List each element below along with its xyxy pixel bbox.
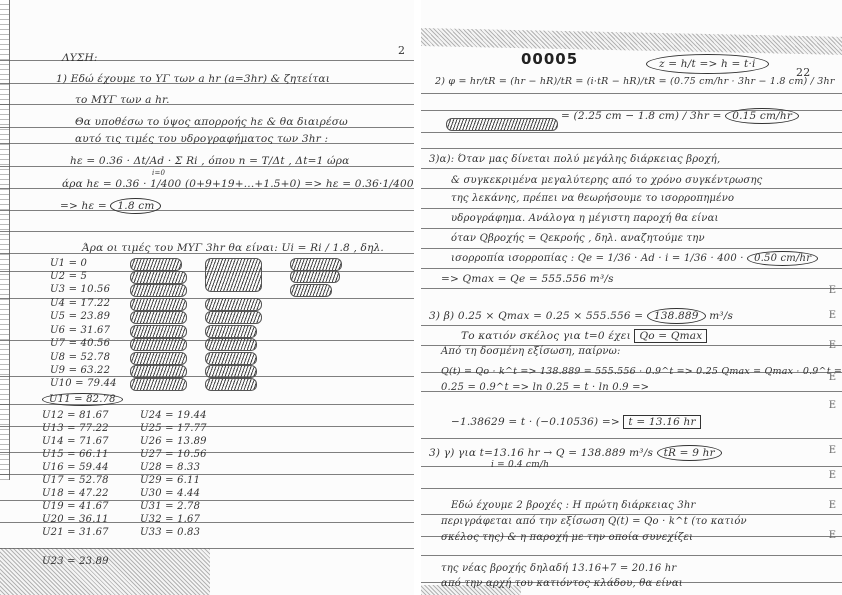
section-3b-line: 0.25 = 0.9^t => ln 0.25 = t · ln 0.9 => xyxy=(441,382,649,393)
formula-he: hε = 0.36 · Δt/Ad · Σ Ri , όπου n = T/Δt… xyxy=(70,155,349,167)
u-value-item: U25 = 17.77 xyxy=(140,423,207,434)
u-value-item: U32 = 1.67 xyxy=(140,514,200,525)
section-3a-line: 3)α): Όταν μας δίνεται πολύ μεγάλης διάρ… xyxy=(429,154,720,165)
section-3c-line: i = 0.4 cm/h xyxy=(491,460,549,470)
u-value-item: U23 = 23.89 xyxy=(42,556,109,567)
section-3b-label: 3) β) 0.25 × Qmax = 0.25 × 555.556 = xyxy=(429,310,647,322)
edge-mark: E xyxy=(829,340,836,351)
document-stamp-number: 00005 xyxy=(521,50,578,68)
section-3b-line: Q(t) = Qo · k^t => 138.889 = 555.556 · 0… xyxy=(441,366,842,377)
edge-mark: E xyxy=(829,445,836,456)
section-3b-line: −1.38629 = t · (−0.10536) => t = 13.16 h… xyxy=(451,416,701,428)
section-3c-text: 3) γ) για t=13.16 hr → Q = 138.889 m³/s xyxy=(429,447,653,459)
circled-phi-value: 0.15 cm/hr xyxy=(725,108,799,124)
heading: ΛΥΣΗ: xyxy=(62,52,98,64)
u-value-item: U28 = 8.33 xyxy=(140,462,200,473)
u-value-item: U20 = 36.11 xyxy=(42,514,109,525)
u-value-item: U17 = 52.78 xyxy=(42,475,109,486)
edge-mark: E xyxy=(829,400,836,411)
section-3c-line: της νέας βροχής δηλαδή 13.16+7 = 20.16 h… xyxy=(441,563,676,574)
boxed-t-result: t = 13.16 hr xyxy=(623,415,700,429)
circled-note: z = h/t => h = t·i xyxy=(646,54,769,74)
u-value-item: U5 = 23.89 xyxy=(50,311,110,322)
section-3c-line: σκέλος της) & η παροχή με την οποία συνε… xyxy=(441,532,693,543)
section-2-result: = (2.25 cm − 1.8 cm) / 3hr = 0.15 cm/hr xyxy=(561,110,799,122)
edge-mark: E xyxy=(829,470,836,481)
u-value-item: U8 = 52.78 xyxy=(50,352,110,363)
u-value-item: U6 = 31.67 xyxy=(50,325,110,336)
binding-margin xyxy=(0,0,10,480)
u-value-item: U10 = 79.44 xyxy=(50,378,117,389)
circled-q-value: 138.889 xyxy=(647,308,706,324)
edge-mark: E xyxy=(829,285,836,296)
u-value-item: U2 = 5 xyxy=(50,271,87,282)
u-value-item: U7 = 40.56 xyxy=(50,338,110,349)
edge-mark: E xyxy=(829,500,836,511)
circled-tr: tR = 9 hr xyxy=(657,445,722,461)
crossed-out-text xyxy=(446,118,558,131)
section-3c-line: από την αρχή του κατιόντος κλάδου, θα εί… xyxy=(441,578,683,589)
edge-mark: E xyxy=(829,310,836,321)
scan-noise-top xyxy=(421,28,842,55)
u-value-item: U26 = 13.89 xyxy=(140,436,207,447)
u-value-item: U16 = 59.44 xyxy=(42,462,109,473)
section-3b-line: Το κατιόν σκέλος για t=0 έχει Qo = Qmax xyxy=(461,330,707,342)
conclusion-line: Άρα οι τιμές του ΜΥΓ 3hr θα είναι: Ui = … xyxy=(82,242,384,254)
u-value-item: U19 = 41.67 xyxy=(42,501,109,512)
u-value-item: U3 = 10.56 xyxy=(50,284,110,295)
section-3a-formula: ισορροπία ισορροπίας : Qe = 1/36 · Ad · … xyxy=(451,253,744,264)
edge-mark: E xyxy=(829,530,836,541)
circled-he-value: 1.8 cm xyxy=(110,198,161,214)
u-value-item: U24 = 19.44 xyxy=(140,410,207,421)
section-3b-text: −1.38629 = t · (−0.10536) => xyxy=(451,416,623,428)
section-3a-line: της λεκάνης, πρέπει να θεωρήσουμε το ισο… xyxy=(451,193,734,204)
boxed-q0: Qo = Qmax xyxy=(634,329,707,343)
unit: m³/s xyxy=(706,310,733,322)
paragraph-line: το ΜΥΓ των a hr. xyxy=(75,94,170,106)
circled-intensity: 0.50 cm/hr xyxy=(747,251,818,266)
u-value-item: U27 = 10.56 xyxy=(140,449,207,460)
section-3b-text: Το κατιόν σκέλος για t=0 έχει xyxy=(461,330,634,342)
u-value-item: U30 = 4.44 xyxy=(140,488,200,499)
section-3a-result: => Qmax = Qe = 555.556 m³/s xyxy=(441,273,614,285)
result-he: => hε = 1.8 cm xyxy=(60,200,161,212)
section-2-formula: 2) φ = hr/tR = (hr − hR)/tR = (i·tR − hR… xyxy=(435,76,835,87)
right-notebook-page: 00005 z = h/t => h = t·i 22 2) φ = hr/tR… xyxy=(421,0,842,595)
paragraph-line: αυτό τις τιμές του υδρογραφήματος των 3h… xyxy=(75,133,328,145)
section-2-result-label: = (2.25 cm − 1.8 cm) / 3hr = xyxy=(561,110,725,122)
result-label: => hε = xyxy=(60,200,110,212)
u-value-item: U13 = 77.22 xyxy=(42,423,109,434)
left-notebook-page: 2 ΛΥΣΗ: 1) Εδώ έχουμε το ΥΓ των a hr (a=… xyxy=(0,0,414,595)
section-3b-line: Από τη δοσμένη εξίσωση, παίρνω: xyxy=(441,346,621,357)
u-value-item: U21 = 31.67 xyxy=(42,527,109,538)
section-3a-line: όταν Qβροχής = Qεκροής , δηλ. αναζητούμε… xyxy=(451,233,705,244)
u-value-item: U15 = 66.11 xyxy=(42,449,109,460)
section-3a-line: ισορροπία ισορροπίας : Qe = 1/36 · Ad · … xyxy=(451,253,818,264)
paragraph-line: 1) Εδώ έχουμε το ΥΓ των a hr (a=3hr) & ζ… xyxy=(56,73,330,85)
u-value-item: U14 = 71.67 xyxy=(42,436,109,447)
page-number: 2 xyxy=(398,44,405,57)
page-gutter xyxy=(414,0,421,595)
section-3b-line: 3) β) 0.25 × Qmax = 0.25 × 555.556 = 138… xyxy=(429,310,733,322)
section-3c-line: περιγράφεται από την εξίσωση Q(t) = Qo ·… xyxy=(441,516,747,527)
section-3a-line: & συγκεκριμένα μεγαλύτερης από το χρόνο … xyxy=(451,175,762,186)
section-3c-line: Εδώ έχουμε 2 βροχές : Η πρώτη διάρκειας … xyxy=(451,500,696,511)
paragraph-line: Θα υποθέσω το ύψος απορροής hε & θα διαι… xyxy=(75,116,348,128)
formula-subscript: i=0 xyxy=(152,169,165,177)
u-value-item: U4 = 17.22 xyxy=(50,298,110,309)
section-3a-line: υδρογράφημα. Ανάλογα η μέγιστη παροχή θα… xyxy=(451,213,719,224)
formula-he-sum: άρα hε = 0.36 · 1/400 (0+9+19+...+1.5+0)… xyxy=(62,178,414,190)
u-value-item: U31 = 2.78 xyxy=(140,501,200,512)
u-value-item: U9 = 63.22 xyxy=(50,365,110,376)
u-value-item: U29 = 6.11 xyxy=(140,475,200,486)
u-value-item: U12 = 81.67 xyxy=(42,410,109,421)
u-value-item: U33 = 0.83 xyxy=(140,527,200,538)
u-value-item: U11 = 82.78 xyxy=(42,393,123,406)
edge-mark: E xyxy=(829,372,836,383)
section-3c-line: 3) γ) για t=13.16 hr → Q = 138.889 m³/s … xyxy=(429,447,722,459)
u-value-item: U1 = 0 xyxy=(50,258,87,269)
u-value-item: U18 = 47.22 xyxy=(42,488,109,499)
